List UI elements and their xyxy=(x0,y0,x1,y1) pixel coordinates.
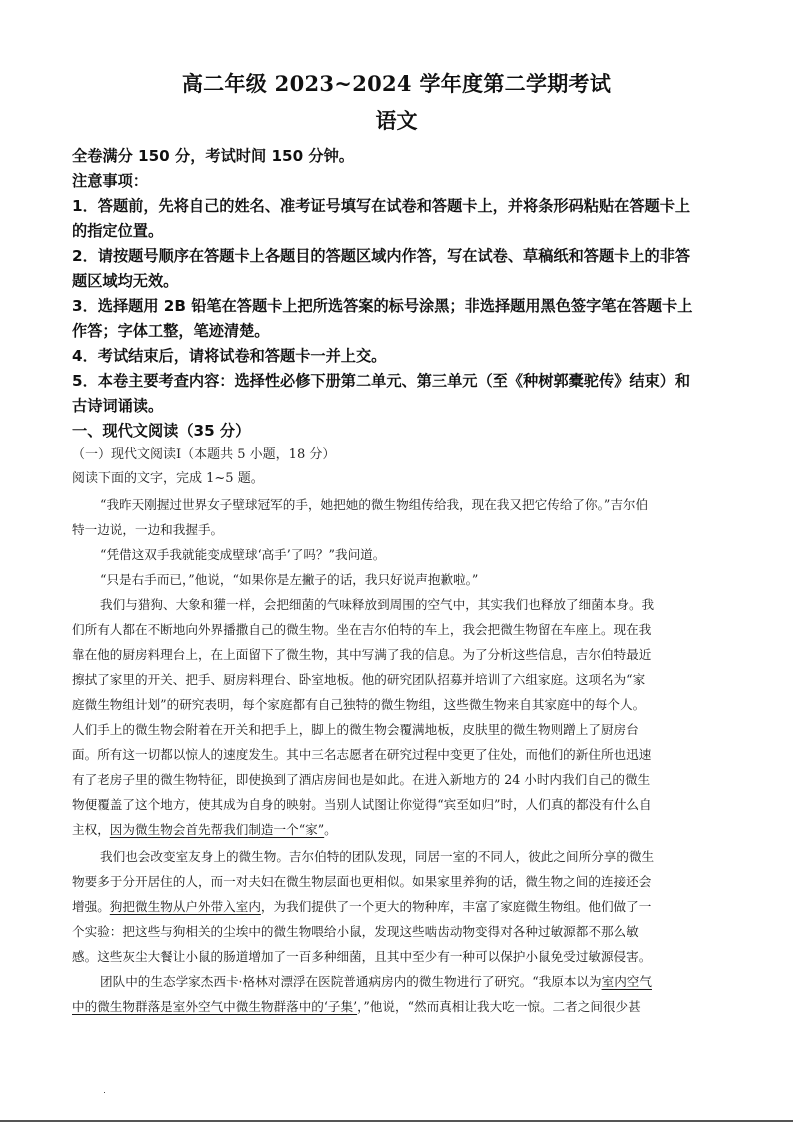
text: 团队中的生态学家杰西卡·格林对漂浮在医院普通病房内的微生物进行了研究。“我原本以… xyxy=(100,974,602,989)
note-5-line-2: 古诗词诵读。 xyxy=(72,394,732,418)
note-2-line-1: 2．请按题号顺序在答题卡上各题目的答题区域内作答，写在试卷、草稿纸和答题卡上的非… xyxy=(72,244,732,268)
passage-line: 庭微生物组计划”的研究表明，每个家庭都有自己独特的微生物组，这些微生物来自其家庭… xyxy=(72,695,722,715)
text: 增强。 xyxy=(72,899,110,914)
passage-line: 感。这些灰尘大餐让小鼠的肠道增加了一百多种细菌，且其中至少有一种可以保护小鼠免受… xyxy=(72,947,722,967)
note-3-line-1: 3．选择题用 2B 铅笔在答题卡上把所选答案的标号涂黑；非选择题用黑色签字笔在答… xyxy=(72,294,732,318)
passage-line: 我们与猎狗、大象和獾一样，会把细菌的气味释放到周围的空气中，其实我们也释放了细菌… xyxy=(100,595,750,615)
section-subheading: （一）现代文阅读Ⅰ（本题共 5 小题，18 分） xyxy=(72,445,335,465)
underlined-sentence: 因为微生物会首先帮我们制造一个“家” xyxy=(110,822,324,837)
note-1-line-2: 的指定位置。 xyxy=(72,219,732,243)
passage-line: 面。所有这一切都以惊人的速度发生。其中三名志愿者在研究过程中变更了住处，而他们的… xyxy=(72,745,722,765)
passage-line: 增强。狗把微生物从户外带入室内，为我们提供了一个更大的物种库，丰富了家庭微生物组… xyxy=(72,897,722,917)
underlined-sentence: 室内空气 xyxy=(602,974,652,989)
text: 。 xyxy=(324,822,337,837)
note-3-line-2: 作答；字体工整，笔迹清楚。 xyxy=(72,319,732,343)
passage-line: 们所有人都在不断地向外界播撒自己的微生物。坐在吉尔伯特的车上，我会把微生物留在车… xyxy=(72,620,722,640)
passage-line: 有了老房子里的微生物特征，即使换到了酒店房间也是如此。在进入新地方的 24 小时… xyxy=(72,770,722,790)
exam-title: 高二年级 2023~2024 学年度第二学期考试 xyxy=(0,68,793,98)
subject-title: 语文 xyxy=(0,105,793,135)
passage-line: “只是右手而已，”他说，“如果你是左撇子的话，我只好说声抱歉啦。” xyxy=(100,570,750,590)
text: ，”他说，“然而真相让我大吃一惊。二者之间很少甚 xyxy=(357,999,641,1014)
note-1-line-1: 1．答题前，先将自己的姓名、准考证号填写在试卷和答题卡上，并将条形码粘贴在答题卡… xyxy=(72,194,732,218)
passage-line: 中的微生物群落是室外空气中微生物群落中的‘子集’，”他说，“然而真相让我大吃一惊… xyxy=(72,997,722,1017)
passage-line: “凭借这双手我就能变成壁球‘高手’了吗？”我问道。 xyxy=(100,545,750,565)
stray-dot xyxy=(104,1092,105,1093)
underlined-sentence: 狗把微生物从户外带入室内 xyxy=(110,899,261,914)
exam-page: 高二年级 2023~2024 学年度第二学期考试 语文 全卷满分 150 分，考… xyxy=(0,0,793,1122)
text: ，为我们提供了一个更大的物种库，丰富了家庭微生物组。他们做了一 xyxy=(261,899,651,914)
note-2-line-2: 题区域均无效。 xyxy=(72,269,732,293)
notes-title: 注意事项： xyxy=(72,169,732,193)
passage-line: 主权，因为微生物会首先帮我们制造一个“家”。 xyxy=(72,820,722,840)
note-5-line-1: 5．本卷主要考查内容：选择性必修下册第二单元、第三单元（至《种树郭橐驼传》结束）… xyxy=(72,369,732,393)
section-heading: 一、现代文阅读（35 分） xyxy=(72,419,250,443)
passage-line: 靠在他的厨房料理台上，在上面留下了微生物，其中写满了我的信息。为了分析这些信息，… xyxy=(72,645,722,665)
underlined-sentence: 中的微生物群落是室外空气中微生物群落中的‘子集’ xyxy=(72,999,357,1014)
section-instruction: 阅读下面的文字，完成 1~5 题。 xyxy=(72,469,264,489)
passage-line: “我昨天刚握过世界女子壁球冠军的手，她把她的微生物组传给我，现在我又把它传给了你… xyxy=(100,495,750,515)
passage-line: 特一边说，一边和我握手。 xyxy=(72,520,722,540)
passage-line: 人们手上的微生物会附着在开关和把手上，脚上的微生物会覆满地板，皮肤里的微生物则蹭… xyxy=(72,720,722,740)
score-time-info: 全卷满分 150 分，考试时间 150 分钟。 xyxy=(72,144,732,168)
passage-line: 物便覆盖了这个地方，使其成为自身的映射。当别人试图让你觉得“宾至如归”时，人们真… xyxy=(72,795,722,815)
passage-line: 个实验：把这些与狗相关的尘埃中的微生物喂给小鼠，发现这些啮齿动物变得对各种过敏源… xyxy=(72,922,722,942)
note-4: 4．考试结束后，请将试卷和答题卡一并上交。 xyxy=(72,344,732,368)
passage-line: 物要多于分开居住的人，而一对夫妇在微生物层面也更相似。如果家里养狗的话，微生物之… xyxy=(72,872,722,892)
text: 主权， xyxy=(72,822,110,837)
passage-line: 我们也会改变室友身上的微生物。吉尔伯特的团队发现，同居一室的不同人，彼此之间所分… xyxy=(100,847,750,867)
passage-line: 擦拭了家里的开关、把手、厨房料理台、卧室地板。他的研究团队招募并培训了六组家庭。… xyxy=(72,670,722,690)
passage-line: 团队中的生态学家杰西卡·格林对漂浮在医院普通病房内的微生物进行了研究。“我原本以… xyxy=(100,972,750,992)
